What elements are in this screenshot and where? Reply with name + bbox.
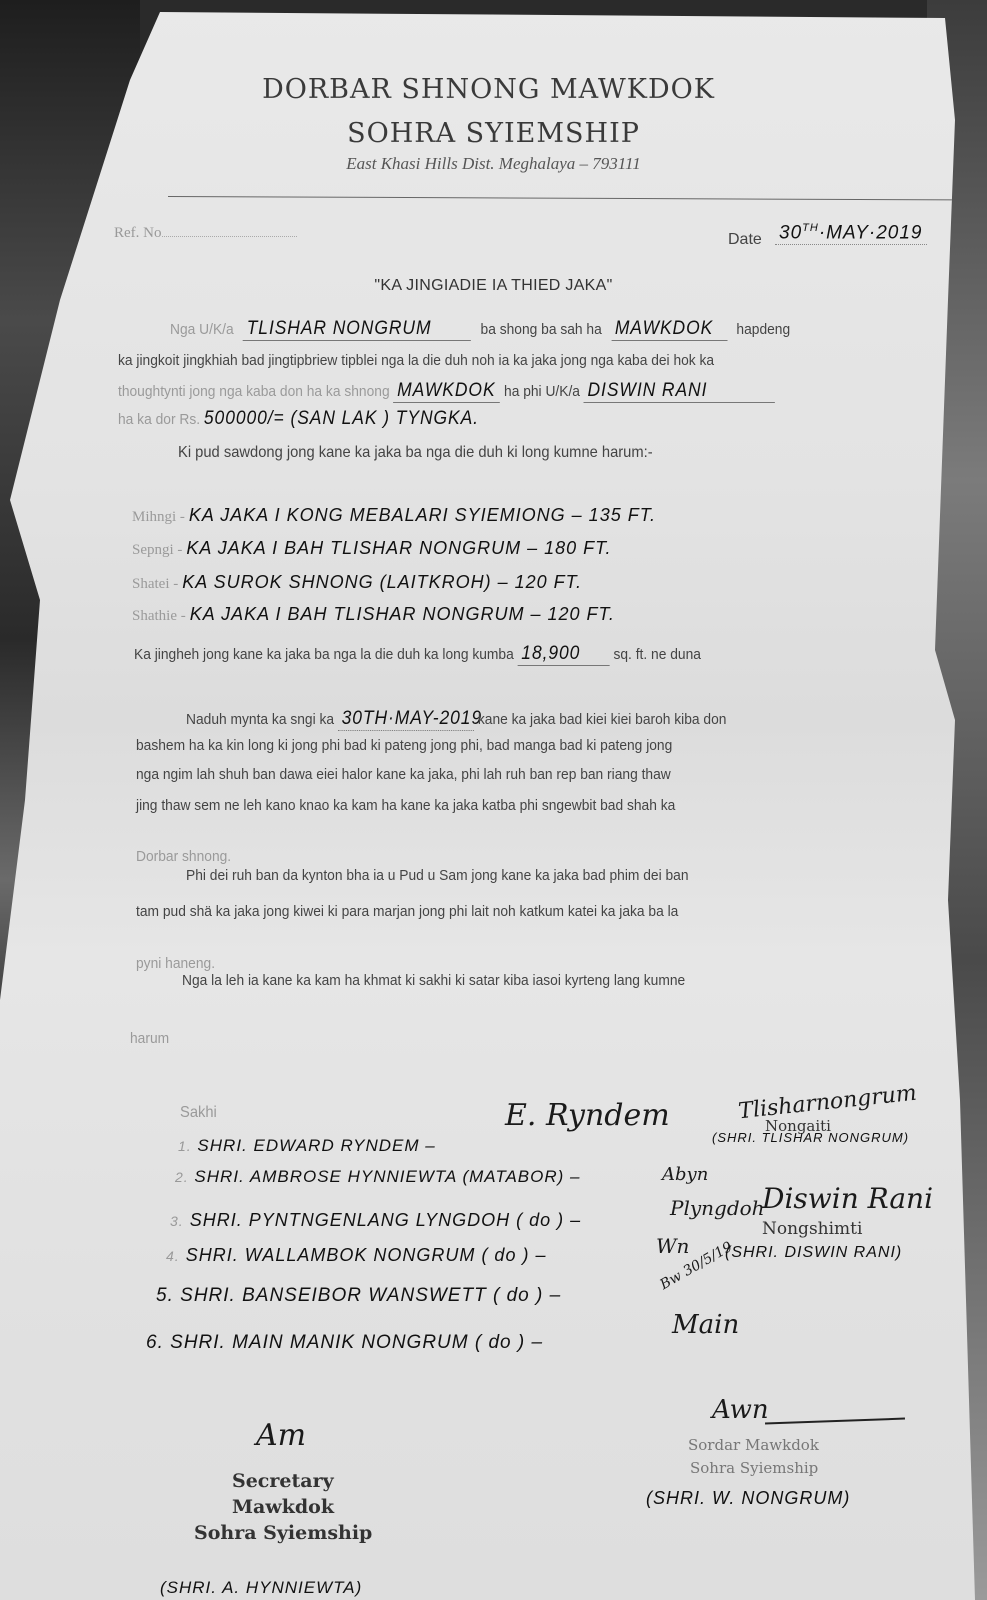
witness-6: 6. SHRI. MAIN MANIK NONGRUM ( do ) – <box>146 1332 543 1354</box>
sordar-signature-stroke <box>765 1418 905 1425</box>
witness-3-signature: Plyngdoh <box>670 1196 765 1220</box>
boundary-north: Shatei - KA SUROK SHNONG (LAITKROH) – 12… <box>132 572 582 593</box>
p1-line4: ha ka dor Rs. 500000/= (SAN LAK ) TYNGKA… <box>118 408 479 430</box>
org-name: DORBAR SHNONG MAWKDOK <box>0 74 982 105</box>
p4-line2: harum <box>130 1030 169 1047</box>
buyer-stamp: Nongshimti <box>762 1219 862 1239</box>
buyer-name-caption: (SHRI. DISWIN RANI) <box>725 1244 902 1262</box>
sordar-name: (SHRI. W. NONGRUM) <box>646 1488 850 1509</box>
seller-name: TLISHAR NONGRUM <box>243 318 471 341</box>
witness-1-signature: E. Ryndem <box>505 1098 670 1133</box>
buyer-name: DISWIN RANI <box>584 380 775 403</box>
p2-line2: bashem ha ka kin long ki jong phi bad ki… <box>136 737 672 754</box>
p1-line2: ka jingkoit jingkhiah bad jingtipbriew t… <box>118 352 714 369</box>
boundary-east: Mihngi - KA JAKA I KONG MEBALARI SYIEMIO… <box>132 505 656 526</box>
witness-4: 4. SHRI. WALLAMBOK NONGRUM ( do ) – <box>166 1245 546 1266</box>
ref-number: Ref. No <box>114 225 297 242</box>
p2-line1: Naduh mynta ka sngi ka 30TH·MAY-2019 kan… <box>186 708 726 731</box>
p3-line2: tam pud shä ka jaka jong kiwei ki para m… <box>136 903 678 920</box>
witness-3: 3. SHRI. PYNTNGENLANG LYNGDOH ( do ) – <box>170 1210 581 1231</box>
p4-line1: Nga la leh ia kane ka kam ha khmat ki sa… <box>182 972 685 989</box>
buyer-signature: Diswin Rani <box>762 1182 933 1215</box>
secretary-stamp-line2: Mawkdok <box>232 1496 334 1518</box>
secretary-name: (SHRI. A. HYNNIEWTA) <box>160 1578 362 1598</box>
secretary-stamp-line1: Secretary <box>232 1470 334 1492</box>
sale-amount: 500000/= (SAN LAK ) TYNGKA. <box>204 408 479 429</box>
area-value: 18,900 <box>518 643 610 666</box>
sordar-signature: Awn <box>712 1395 769 1425</box>
secretary-signature: Am <box>256 1418 306 1453</box>
document-title: "KA JINGIADIE IA THIED JAKA" <box>0 277 987 295</box>
witness-6-signature: Main <box>672 1310 739 1340</box>
land-village: MAWKDOK <box>393 380 500 403</box>
date-label: Date <box>728 231 762 249</box>
p3-line3: pyni haneng. <box>136 955 215 972</box>
ref-label: Ref. No <box>114 225 162 241</box>
witness-5: 5. SHRI. BANSEIBOR WANSWETT ( do ) – <box>156 1285 561 1307</box>
header-divider <box>168 196 958 200</box>
p1-line1: Nga U/K/a TLISHAR NONGRUM ba shong ba sa… <box>170 318 790 341</box>
transfer-date: 30TH·MAY-2019 <box>338 708 474 731</box>
seller-name-caption: (SHRI. TLISHAR NONGRUM) <box>712 1130 909 1145</box>
p3-line1: Phi dei ruh ban da kynton bha ia u Pud u… <box>186 867 689 884</box>
org-address: East Khasi Hills Dist. Meghalaya – 79311… <box>0 154 987 174</box>
boundaries-intro: Ki pud sawdong jong kane ka jaka ba nga … <box>178 444 653 462</box>
witness-4-signature: Wn <box>656 1234 689 1258</box>
sordar-stamp-line1: Sordar Mawkdok <box>688 1436 819 1454</box>
document-page: DORBAR SHNONG MAWKDOK SOHRA SYIEMSHIP Ea… <box>0 0 987 1600</box>
boundary-south: Shathie - KA JAKA I BAH TLISHAR NONGRUM … <box>132 604 615 625</box>
witness-2-signature: Abyn <box>662 1164 708 1185</box>
area-line: Ka jingheh jong kane ka jaka ba nga la d… <box>134 643 701 666</box>
p1-line3: thoughtynti jong nga kaba don ha ka shno… <box>118 380 775 403</box>
org-subname: SOHRA SYIEMSHIP <box>0 118 987 149</box>
seller-village: MAWKDOK <box>611 318 727 341</box>
secretary-stamp-line3: Sohra Syiemship <box>194 1522 372 1544</box>
p2-line3: nga ngim lah shuh ban dawa eiei halor ka… <box>136 766 671 783</box>
witness-1: 1. SHRI. EDWARD RYNDEM – <box>178 1136 436 1156</box>
p2-line5: Dorbar shnong. <box>136 848 231 865</box>
boundary-west: Sepngi - KA JAKA I BAH TLISHAR NONGRUM –… <box>132 538 612 559</box>
witness-heading: Sakhi <box>180 1104 217 1122</box>
p2-line4: jing thaw sem ne leh kano knao ka kam ha… <box>136 797 675 814</box>
sordar-stamp-line2: Sohra Syiemship <box>690 1459 818 1477</box>
witness-2: 2. SHRI. AMBROSE HYNNIEWTA (MATABOR) – <box>175 1167 581 1187</box>
date-value: 30TH·MAY·2019 <box>775 222 927 245</box>
ref-value <box>162 226 297 237</box>
